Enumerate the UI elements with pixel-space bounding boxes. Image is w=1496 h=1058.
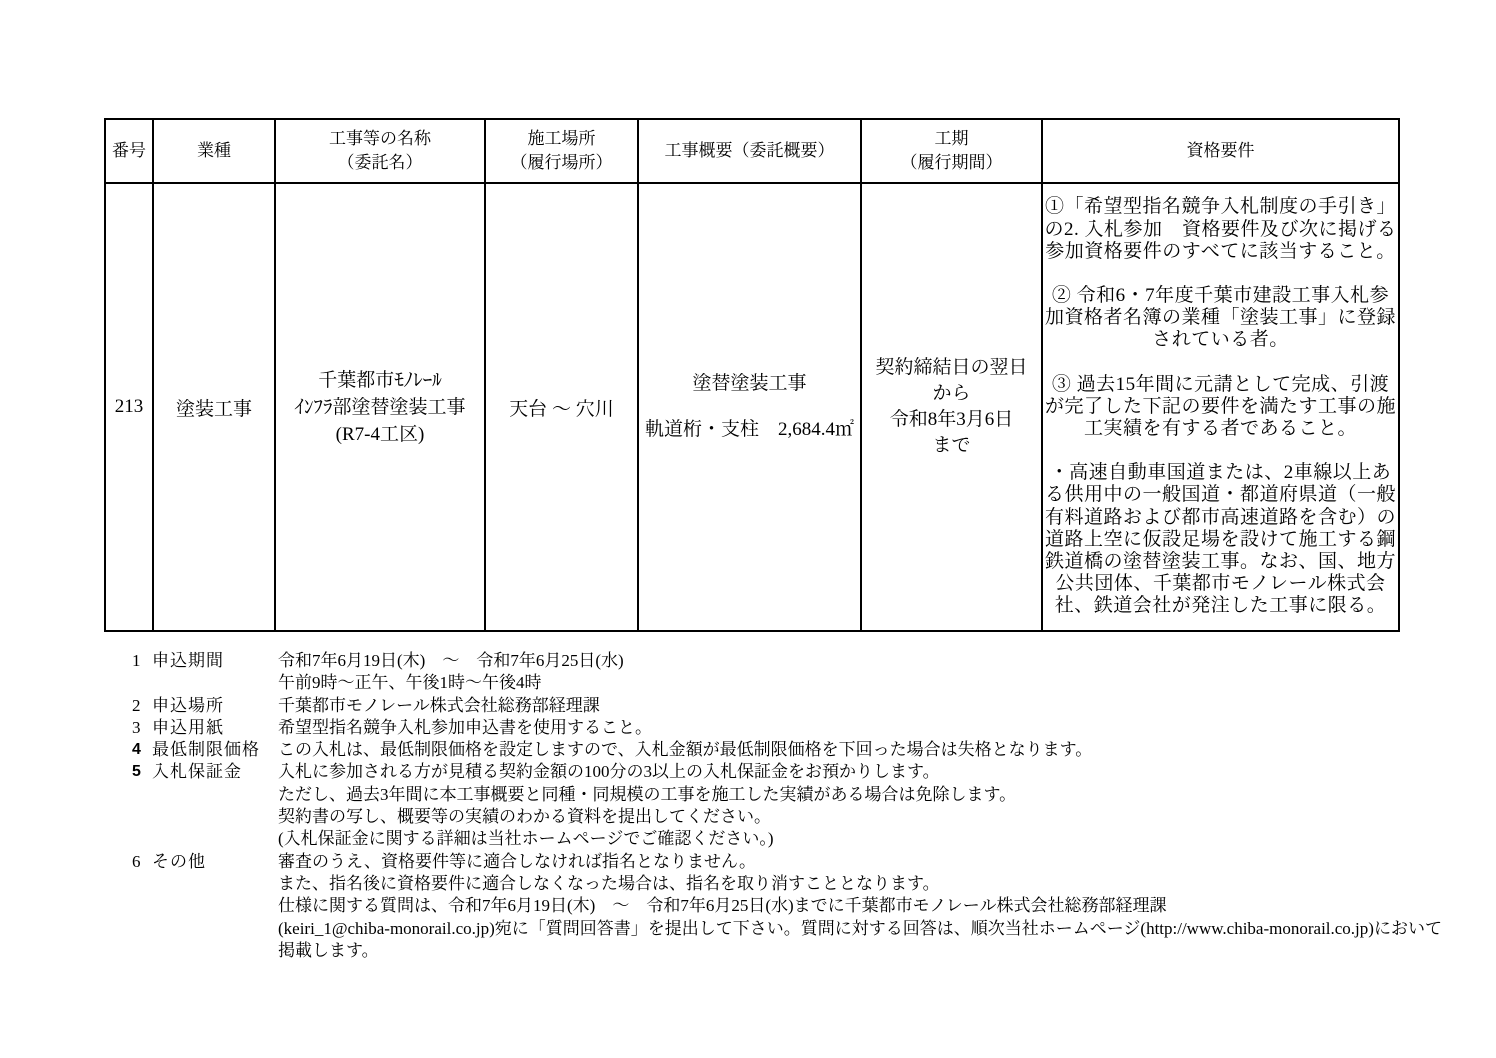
note-line: 千葉都市モノレール株式会社総務部経理課: [278, 695, 1488, 717]
note-content: 希望型指名競争入札参加申込書を使用すること。: [278, 717, 1488, 739]
header-label: 業種: [155, 139, 273, 163]
note-line: 契約書の写し、概要等の実績のわかる資料を提出してください。: [278, 806, 1488, 828]
notes-section: 1 申込期間 令和7年6月19日(木) ～ 令和7年6月25日(水) 午前9時～…: [128, 650, 1488, 962]
header-label: 資格要件: [1044, 139, 1397, 163]
note-line: 仕様に関する質問は、令和7年6月19日(木) ～ 令和7年6月25日(水)までに…: [278, 895, 1488, 917]
cell-number: 213: [105, 183, 153, 631]
note-line: 入札に参加される方が見積る契約金額の100分の3以上の入札保証金をお預かりします…: [278, 761, 1488, 783]
work-name-line: (R7-4工区): [276, 421, 484, 448]
work-name-line: ｲﾝﾌﾗ部塗替塗装工事: [276, 394, 484, 421]
note-application-place: 2 申込場所 千葉都市モノレール株式会社総務部経理課: [128, 695, 1488, 717]
note-line: また、指名後に資格要件に適合しなくなった場合は、指名を取り消すこととなります。: [278, 873, 1488, 895]
note-line: この入札は、最低制限価格を設定しますので、入札金額が最低制限価格を下回った場合は…: [278, 739, 1488, 761]
header-sublabel: （履行場所）: [487, 151, 636, 175]
note-line: 令和7年6月19日(木) ～ 令和7年6月25日(水): [278, 650, 1488, 672]
note-line: 掲載します。: [278, 940, 1488, 962]
header-label: 工事等の名称: [277, 127, 483, 151]
note-label: 申込場所: [152, 695, 278, 717]
note-content: 入札に参加される方が見積る契約金額の100分の3以上の入札保証金をお預かりします…: [278, 761, 1488, 850]
note-number: 1: [128, 650, 152, 695]
table-row: 213 塗装工事 千葉都市ﾓﾉﾚｰﾙ ｲﾝﾌﾗ部塗替塗装工事 (R7-4工区) …: [105, 183, 1399, 631]
note-label: 最低制限価格: [152, 739, 278, 761]
note-number: 5: [128, 761, 152, 850]
note-line: (入札保証金に関する詳細は当社ホームページでご確認ください。): [278, 828, 1488, 850]
header-label: 工事概要（委託概要）: [640, 139, 859, 163]
cell-location: 天台 ～ 穴川: [485, 183, 638, 631]
note-number: 2: [128, 695, 152, 717]
header-sublabel: （委託名）: [277, 151, 483, 175]
summary-line: 塗替塗装工事: [639, 372, 860, 396]
col-header-work-name: 工事等の名称 （委託名）: [275, 119, 485, 183]
header-label: 工期: [863, 127, 1040, 151]
col-header-number: 番号: [105, 119, 153, 183]
period-line: から: [862, 381, 1041, 407]
header-label: 番号: [107, 139, 151, 163]
cell-summary: 塗替塗装工事 軌道桁・支柱 2,684.4㎡: [638, 183, 861, 631]
note-content: この入札は、最低制限価格を設定しますので、入札金額が最低制限価格を下回った場合は…: [278, 739, 1488, 761]
requirement-paragraph: ①「希望型指名競争入札制度の手引き」の2. 入札参加 資格要件及び次に掲げる参加…: [1043, 196, 1398, 263]
header-sublabel: （履行期間）: [863, 151, 1040, 175]
col-header-summary: 工事概要（委託概要）: [638, 119, 861, 183]
cell-work-name: 千葉都市ﾓﾉﾚｰﾙ ｲﾝﾌﾗ部塗替塗装工事 (R7-4工区): [275, 183, 485, 631]
note-content: 千葉都市モノレール株式会社総務部経理課: [278, 695, 1488, 717]
note-line: ただし、過去3年間に本工事概要と同種・同規模の工事を施工した実績がある場合は免除…: [278, 784, 1488, 806]
procurement-table: 番号 業種 工事等の名称 （委託名） 施工場所 （履行場所） 工事概要（委託概要…: [104, 118, 1400, 632]
note-content: 審査のうえ、資格要件等に適合しなければ指名となりません。 また、指名後に資格要件…: [278, 851, 1488, 962]
cell-industry: 塗装工事: [153, 183, 275, 631]
note-number: 4: [128, 739, 152, 761]
note-line: 希望型指名競争入札参加申込書を使用すること。: [278, 717, 1488, 739]
requirement-paragraph: ③ 過去15年間に元請として完成、引渡が完了した下記の要件を満たす工事の施工実績…: [1043, 374, 1398, 441]
header-row: 番号 業種 工事等の名称 （委託名） 施工場所 （履行場所） 工事概要（委託概要…: [105, 119, 1399, 183]
note-bid-deposit: 5 入札保証金 入札に参加される方が見積る契約金額の100分の3以上の入札保証金…: [128, 761, 1488, 850]
note-line: 午前9時～正午、午後1時～午後4時: [278, 672, 1488, 694]
work-name-line: 千葉都市ﾓﾉﾚｰﾙ: [276, 367, 484, 394]
note-minimum-price: 4 最低制限価格 この入札は、最低制限価格を設定しますので、入札金額が最低制限価…: [128, 739, 1488, 761]
note-application-form: 3 申込用紙 希望型指名競争入札参加申込書を使用すること。: [128, 717, 1488, 739]
requirement-paragraph: ・高速自動車国道または、2車線以上ある供用中の一般国道・都道府県道（一般有料道路…: [1043, 462, 1398, 617]
period-line: 契約締結日の翌日: [862, 355, 1041, 381]
note-number: 3: [128, 717, 152, 739]
col-header-period: 工期 （履行期間）: [861, 119, 1042, 183]
requirement-paragraph: ② 令和6・7年度千葉市建設工事入札参加資格者名簿の業種「塗装工事」に登録されて…: [1043, 285, 1398, 352]
note-label: 申込用紙: [152, 717, 278, 739]
note-line: (keiri_1@chiba-monorail.co.jp)宛に「質問回答書」を…: [278, 918, 1488, 940]
note-label: 申込期間: [152, 650, 278, 695]
note-application-period: 1 申込期間 令和7年6月19日(木) ～ 令和7年6月25日(水) 午前9時～…: [128, 650, 1488, 695]
cell-period: 契約締結日の翌日 から 令和8年3月6日 まで: [861, 183, 1042, 631]
summary-line: 軌道桁・支柱 2,684.4㎡: [639, 418, 860, 442]
note-label: 入札保証金: [152, 761, 278, 850]
col-header-requirements: 資格要件: [1042, 119, 1399, 183]
header-label: 施工場所: [487, 127, 636, 151]
period-line: まで: [862, 433, 1041, 459]
cell-requirements: ①「希望型指名競争入札制度の手引き」の2. 入札参加 資格要件及び次に掲げる参加…: [1042, 183, 1399, 631]
note-content: 令和7年6月19日(木) ～ 令和7年6月25日(水) 午前9時～正午、午後1時…: [278, 650, 1488, 695]
period-line: 令和8年3月6日: [862, 407, 1041, 433]
note-number: 6: [128, 851, 152, 962]
note-other: 6 その他 審査のうえ、資格要件等に適合しなければ指名となりません。 また、指名…: [128, 851, 1488, 962]
col-header-location: 施工場所 （履行場所）: [485, 119, 638, 183]
col-header-industry: 業種: [153, 119, 275, 183]
note-line: 審査のうえ、資格要件等に適合しなければ指名となりません。: [278, 851, 1488, 873]
note-label: その他: [152, 851, 278, 962]
